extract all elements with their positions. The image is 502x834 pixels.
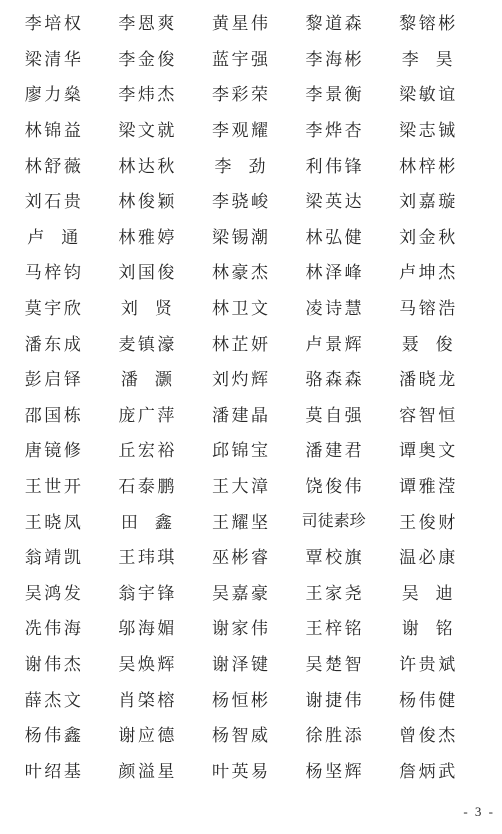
person-name: 翁靖凯 xyxy=(25,549,84,566)
person-name: 林卫文 xyxy=(212,300,271,317)
name-cell: 颜溢星 xyxy=(100,753,194,789)
person-name: 谢应德 xyxy=(118,727,177,744)
name-cell: 利伟锋 xyxy=(287,148,381,184)
name-cell: 梁敏谊 xyxy=(380,77,474,113)
name-cell: 吴楚智 xyxy=(287,647,381,683)
person-name: 刘国俊 xyxy=(118,264,177,281)
name-cell: 马梓钧 xyxy=(6,255,100,291)
name-cell: 刘国俊 xyxy=(100,255,194,291)
name-cell: 卢景辉 xyxy=(287,326,381,362)
name-cell: 梁英达 xyxy=(287,184,381,220)
name-cell: 王梓铭 xyxy=(287,611,381,647)
name-cell: 吴迪 xyxy=(380,576,474,612)
name-cell: 潘晓龙 xyxy=(380,362,474,398)
document-page: 李培权李恩爽黄星伟黎道森黎镕彬梁清华李金俊蓝宇强李海彬李昊廖力燊李炜杰李彩荣李景… xyxy=(0,0,502,834)
name-cell: 马镕浩 xyxy=(380,291,474,327)
name-cell: 王世开 xyxy=(6,469,100,505)
person-name: 林锦益 xyxy=(25,122,84,139)
name-cell: 李彩荣 xyxy=(193,77,287,113)
person-name: 吴鸿发 xyxy=(25,585,84,602)
person-name: 林俊颖 xyxy=(118,193,177,210)
name-cell: 李恩爽 xyxy=(100,6,194,42)
name-cell: 司徒素珍 xyxy=(287,504,381,540)
person-name: 卢通 xyxy=(27,229,95,246)
person-name: 李彩荣 xyxy=(212,86,271,103)
person-name: 谢捷伟 xyxy=(306,692,365,709)
person-name: 温必康 xyxy=(399,549,458,566)
name-cell: 林锦益 xyxy=(6,113,100,149)
name-cell: 刘金秋 xyxy=(380,220,474,256)
name-cell: 麦镇濠 xyxy=(100,326,194,362)
person-name: 谢泽键 xyxy=(212,656,271,673)
person-name: 潘建君 xyxy=(306,442,365,459)
name-cell: 李培权 xyxy=(6,6,100,42)
person-name: 林泽峰 xyxy=(306,264,365,281)
person-name: 覃校旗 xyxy=(306,549,365,566)
person-name: 詹炳武 xyxy=(399,763,458,780)
person-name: 杨坚辉 xyxy=(306,763,365,780)
person-name: 梁锡潮 xyxy=(212,229,271,246)
person-name: 杨智威 xyxy=(212,727,271,744)
name-cell: 王玮琪 xyxy=(100,540,194,576)
name-cell: 李金俊 xyxy=(100,42,194,78)
name-cell: 王耀坚 xyxy=(193,504,287,540)
person-name: 曾俊杰 xyxy=(399,727,458,744)
person-name: 莫自强 xyxy=(306,407,365,424)
person-name: 梁志铖 xyxy=(399,122,458,139)
name-cell: 邬海媚 xyxy=(100,611,194,647)
person-name: 潘东成 xyxy=(25,336,84,353)
person-name: 梁清华 xyxy=(25,51,84,68)
name-cell: 林舒薇 xyxy=(6,148,100,184)
person-name: 杨伟鑫 xyxy=(25,727,84,744)
person-name: 林达秋 xyxy=(118,158,177,175)
person-name: 林舒薇 xyxy=(25,158,84,175)
person-name: 杨伟健 xyxy=(399,692,458,709)
person-name: 李烨杏 xyxy=(306,122,365,139)
person-name: 潘灏 xyxy=(121,371,189,388)
person-name: 李海彬 xyxy=(306,51,365,68)
name-cell: 潘建晶 xyxy=(193,398,287,434)
person-name: 司徒素珍 xyxy=(302,514,366,530)
name-cell: 林梓彬 xyxy=(380,148,474,184)
name-cell: 蓝宇强 xyxy=(193,42,287,78)
person-name: 骆森森 xyxy=(306,371,365,388)
person-name: 容智恒 xyxy=(399,407,458,424)
person-name: 谭奥文 xyxy=(399,442,458,459)
name-cell: 温必康 xyxy=(380,540,474,576)
name-cell: 庞广萍 xyxy=(100,398,194,434)
person-name: 王玮琪 xyxy=(118,549,177,566)
name-cell: 凌诗慧 xyxy=(287,291,381,327)
name-cell: 廖力燊 xyxy=(6,77,100,113)
person-name: 莫宇欣 xyxy=(25,300,84,317)
person-name: 翁宇锋 xyxy=(118,585,177,602)
person-name: 叶英易 xyxy=(212,763,271,780)
name-cell: 吴鸿发 xyxy=(6,576,100,612)
person-name: 王耀坚 xyxy=(212,514,271,531)
name-cell: 潘灏 xyxy=(100,362,194,398)
person-name: 王梓铭 xyxy=(306,620,365,637)
name-cell: 林卫文 xyxy=(193,291,287,327)
person-name: 潘晓龙 xyxy=(399,371,458,388)
name-cell: 李昊 xyxy=(380,42,474,78)
name-cell: 吴焕辉 xyxy=(100,647,194,683)
name-cell: 石泰鹏 xyxy=(100,469,194,505)
person-name: 李恩爽 xyxy=(118,15,177,32)
name-cell: 王晓凤 xyxy=(6,504,100,540)
name-cell: 林弘健 xyxy=(287,220,381,256)
person-name: 叶绍基 xyxy=(25,763,84,780)
name-cell: 杨坚辉 xyxy=(287,753,381,789)
person-name: 唐镜修 xyxy=(25,442,84,459)
name-cell: 杨伟鑫 xyxy=(6,718,100,754)
name-cell: 丘宏裕 xyxy=(100,433,194,469)
person-name: 吴楚智 xyxy=(306,656,365,673)
person-name: 李骁峻 xyxy=(212,193,271,210)
person-name: 谢家伟 xyxy=(212,620,271,637)
person-name: 马镕浩 xyxy=(399,300,458,317)
name-cell: 刘灼辉 xyxy=(193,362,287,398)
person-name: 王大漳 xyxy=(212,478,271,495)
person-name: 王家尧 xyxy=(306,585,365,602)
name-cell: 饶俊伟 xyxy=(287,469,381,505)
person-name: 田鑫 xyxy=(121,514,189,531)
name-cell: 林芷妍 xyxy=(193,326,287,362)
name-cell: 刘贤 xyxy=(100,291,194,327)
name-cell: 田鑫 xyxy=(100,504,194,540)
name-cell: 刘嘉璇 xyxy=(380,184,474,220)
name-cell: 曾俊杰 xyxy=(380,718,474,754)
name-cell: 杨恒彬 xyxy=(193,682,287,718)
name-grid: 李培权李恩爽黄星伟黎道森黎镕彬梁清华李金俊蓝宇强李海彬李昊廖力燊李炜杰李彩荣李景… xyxy=(0,0,502,789)
name-cell: 梁志铖 xyxy=(380,113,474,149)
name-cell: 梁锡潮 xyxy=(193,220,287,256)
name-cell: 骆森森 xyxy=(287,362,381,398)
name-cell: 薛杰文 xyxy=(6,682,100,718)
person-name: 吴迪 xyxy=(402,585,470,602)
name-cell: 李劲 xyxy=(193,148,287,184)
name-cell: 谢家伟 xyxy=(193,611,287,647)
name-cell: 邵国栋 xyxy=(6,398,100,434)
person-name: 刘金秋 xyxy=(399,229,458,246)
name-cell: 黎道森 xyxy=(287,6,381,42)
name-cell: 潘建君 xyxy=(287,433,381,469)
person-name: 利伟锋 xyxy=(306,158,365,175)
name-cell: 王家尧 xyxy=(287,576,381,612)
person-name: 丘宏裕 xyxy=(118,442,177,459)
person-name: 李景衡 xyxy=(306,86,365,103)
person-name: 颜溢星 xyxy=(118,763,177,780)
person-name: 蓝宇强 xyxy=(212,51,271,68)
name-cell: 刘石贵 xyxy=(6,184,100,220)
person-name: 麦镇濠 xyxy=(118,336,177,353)
person-name: 彭启铎 xyxy=(25,371,84,388)
name-cell: 吴嘉豪 xyxy=(193,576,287,612)
person-name: 杨恒彬 xyxy=(212,692,271,709)
person-name: 吴嘉豪 xyxy=(212,585,271,602)
person-name: 王晓凤 xyxy=(25,514,84,531)
person-name: 王俊财 xyxy=(399,514,458,531)
name-cell: 莫自强 xyxy=(287,398,381,434)
person-name: 谢铭 xyxy=(402,620,470,637)
person-name: 黎道森 xyxy=(306,15,365,32)
person-name: 谢伟杰 xyxy=(25,656,84,673)
person-name: 梁英达 xyxy=(306,193,365,210)
person-name: 冼伟海 xyxy=(25,620,84,637)
name-cell: 梁清华 xyxy=(6,42,100,78)
person-name: 李劲 xyxy=(214,158,282,175)
name-cell: 彭启铎 xyxy=(6,362,100,398)
name-cell: 聂俊 xyxy=(380,326,474,362)
name-cell: 许贵斌 xyxy=(380,647,474,683)
person-name: 王世开 xyxy=(25,478,84,495)
person-name: 梁敏谊 xyxy=(399,86,458,103)
name-cell: 黄星伟 xyxy=(193,6,287,42)
name-cell: 梁文就 xyxy=(100,113,194,149)
name-cell: 谢泽键 xyxy=(193,647,287,683)
name-cell: 卢通 xyxy=(6,220,100,256)
person-name: 吴焕辉 xyxy=(118,656,177,673)
name-cell: 李烨杏 xyxy=(287,113,381,149)
person-name: 黎镕彬 xyxy=(399,15,458,32)
person-name: 卢景辉 xyxy=(306,336,365,353)
person-name: 巫彬睿 xyxy=(212,549,271,566)
name-cell: 杨伟健 xyxy=(380,682,474,718)
name-cell: 容智恒 xyxy=(380,398,474,434)
name-cell: 李景衡 xyxy=(287,77,381,113)
name-cell: 谢伟杰 xyxy=(6,647,100,683)
person-name: 聂俊 xyxy=(402,336,470,353)
name-cell: 巫彬睿 xyxy=(193,540,287,576)
person-name: 刘贤 xyxy=(121,300,189,317)
person-name: 薛杰文 xyxy=(25,692,84,709)
person-name: 李炜杰 xyxy=(118,86,177,103)
person-name: 林雅婷 xyxy=(118,229,177,246)
person-name: 林弘健 xyxy=(306,229,365,246)
person-name: 李观耀 xyxy=(212,122,271,139)
name-cell: 覃校旗 xyxy=(287,540,381,576)
person-name: 刘嘉璇 xyxy=(399,193,458,210)
person-name: 李培权 xyxy=(25,15,84,32)
name-cell: 李海彬 xyxy=(287,42,381,78)
person-name: 石泰鹏 xyxy=(118,478,177,495)
person-name: 邱锦宝 xyxy=(212,442,271,459)
name-cell: 翁靖凯 xyxy=(6,540,100,576)
name-cell: 黎镕彬 xyxy=(380,6,474,42)
name-cell: 唐镜修 xyxy=(6,433,100,469)
name-cell: 林达秋 xyxy=(100,148,194,184)
person-name: 谭雅滢 xyxy=(399,478,458,495)
person-name: 潘建晶 xyxy=(212,407,271,424)
name-cell: 李观耀 xyxy=(193,113,287,149)
person-name: 许贵斌 xyxy=(399,656,458,673)
person-name: 黄星伟 xyxy=(212,15,271,32)
name-cell: 王大漳 xyxy=(193,469,287,505)
person-name: 肖棨榕 xyxy=(118,692,177,709)
name-cell: 邱锦宝 xyxy=(193,433,287,469)
name-cell: 冼伟海 xyxy=(6,611,100,647)
name-cell: 林豪杰 xyxy=(193,255,287,291)
name-cell: 林泽峰 xyxy=(287,255,381,291)
name-cell: 谭雅滢 xyxy=(380,469,474,505)
person-name: 梁文就 xyxy=(118,122,177,139)
name-cell: 林俊颖 xyxy=(100,184,194,220)
name-cell: 卢坤杰 xyxy=(380,255,474,291)
person-name: 凌诗慧 xyxy=(306,300,365,317)
name-cell: 叶绍基 xyxy=(6,753,100,789)
name-cell: 谢应德 xyxy=(100,718,194,754)
name-cell: 王俊财 xyxy=(380,504,474,540)
name-cell: 叶英易 xyxy=(193,753,287,789)
person-name: 刘石贵 xyxy=(25,193,84,210)
name-cell: 杨智威 xyxy=(193,718,287,754)
name-cell: 谢铭 xyxy=(380,611,474,647)
person-name: 林梓彬 xyxy=(399,158,458,175)
person-name: 李金俊 xyxy=(118,51,177,68)
name-cell: 肖棨榕 xyxy=(100,682,194,718)
person-name: 李昊 xyxy=(402,51,470,68)
person-name: 刘灼辉 xyxy=(212,371,271,388)
person-name: 马梓钧 xyxy=(25,264,84,281)
name-cell: 徐胜添 xyxy=(287,718,381,754)
person-name: 邵国栋 xyxy=(25,407,84,424)
name-cell: 林雅婷 xyxy=(100,220,194,256)
name-cell: 翁宇锋 xyxy=(100,576,194,612)
person-name: 徐胜添 xyxy=(306,727,365,744)
name-cell: 谭奥文 xyxy=(380,433,474,469)
name-cell: 莫宇欣 xyxy=(6,291,100,327)
name-cell: 潘东成 xyxy=(6,326,100,362)
name-cell: 詹炳武 xyxy=(380,753,474,789)
person-name: 林豪杰 xyxy=(212,264,271,281)
name-cell: 谢捷伟 xyxy=(287,682,381,718)
person-name: 林芷妍 xyxy=(212,336,271,353)
person-name: 卢坤杰 xyxy=(399,264,458,281)
person-name: 邬海媚 xyxy=(118,620,177,637)
name-cell: 李炜杰 xyxy=(100,77,194,113)
name-cell: 李骁峻 xyxy=(193,184,287,220)
person-name: 饶俊伟 xyxy=(306,478,365,495)
person-name: 庞广萍 xyxy=(118,407,177,424)
person-name: 廖力燊 xyxy=(25,86,84,103)
page-number: - 3 - xyxy=(463,804,495,820)
